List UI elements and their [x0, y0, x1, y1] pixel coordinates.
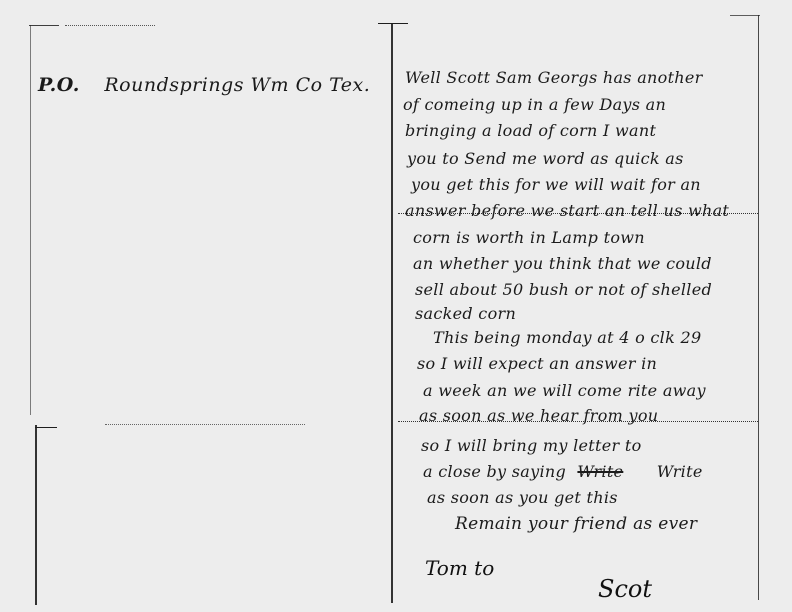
center-fold-line — [391, 23, 393, 603]
letter-line: as soon as you get this — [427, 488, 618, 507]
letter-line: an whether you think that we could — [413, 254, 712, 273]
signature: Scot — [598, 575, 652, 603]
left-panel-top-border — [29, 25, 59, 26]
left-panel-fold-dots — [105, 424, 305, 425]
letter-line: you to Send me word as quick as — [407, 149, 684, 168]
letter-line: sacked corn — [415, 304, 516, 323]
left-panel-lower-border — [35, 425, 37, 605]
letter-line: so I will expect an answer in — [417, 354, 657, 373]
closing-recipient: Tom to — [425, 556, 494, 580]
po-prefix: P.O. — [38, 74, 80, 96]
left-panel-top-dotted-border — [65, 25, 155, 26]
letter-line: a close by saying Write Write — [423, 462, 703, 481]
letter-line: of comeing up in a few Days an — [403, 95, 666, 114]
letter-line: a week an we will come rite away — [423, 381, 706, 400]
letter-line: so I will bring my letter to — [421, 436, 642, 455]
letter-line: answer before we start an tell us what — [405, 201, 729, 220]
letter-line: This being monday at 4 o clk 29 — [433, 328, 701, 347]
letter-line: corn is worth in Lamp town — [413, 228, 645, 247]
letter-line: Remain your friend as ever — [455, 514, 697, 534]
address-text: Roundsprings Wm Co Tex. — [104, 74, 370, 96]
address-line: P.O. Roundsprings Wm Co Tex. — [38, 74, 370, 96]
letter-line: as soon as we hear from you — [419, 406, 658, 425]
left-panel-border — [30, 25, 31, 415]
right-panel-border — [758, 15, 759, 600]
right-panel-top-border — [730, 15, 760, 16]
struck-out-word: Write — [577, 462, 623, 481]
letter-scan-page: P.O. Roundsprings Wm Co Tex. Well Scott … — [0, 0, 792, 612]
letter-line: Well Scott Sam Georgs has another — [405, 68, 703, 87]
center-fold-top — [378, 23, 408, 24]
letter-line: bringing a load of corn I want — [405, 121, 656, 140]
letter-text: Write — [657, 462, 703, 481]
letter-line: sell about 50 bush or not of shelled — [415, 280, 712, 299]
left-panel-tick — [35, 427, 57, 428]
letter-text: a close by saying — [423, 462, 566, 481]
letter-line: you get this for we will wait for an — [411, 175, 701, 194]
